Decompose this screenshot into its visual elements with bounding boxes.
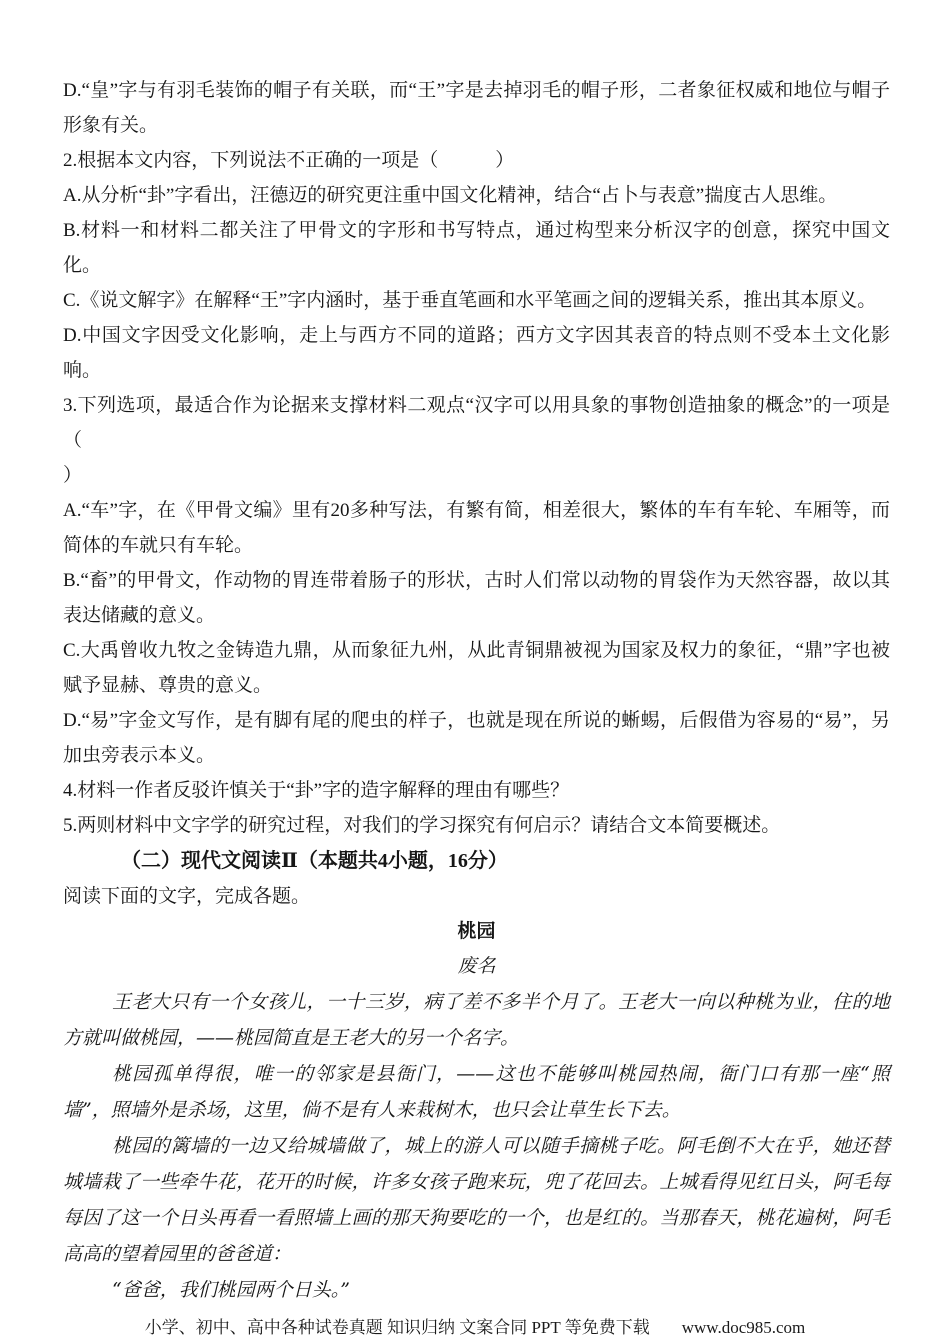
q2-option-c: C.《说文解字》在解释“王”字内涵时，基于垂直笔画和水平笔画之间的逻辑关系，推出… [63,283,890,318]
q2-option-d: D.中国文字因受文化影响，走上与西方不同的道路；西方文字因其表音的特点则不受本土… [63,318,890,388]
reading-instruction: 阅读下面的文字，完成各题。 [63,879,890,914]
footer-url: www.doc985.com [682,1318,806,1337]
story-author: 废名 [63,949,890,984]
q3-option-c: C.大禹曾收九牧之金铸造九鼎，从而象征九州，从此青铜鼎被视为国家及权力的象征，“… [63,633,890,703]
exam-page: D.“皇”字与有羽毛装饰的帽子有关联，而“王”字是去掉羽毛的帽子形，二者象征权威… [63,73,890,1308]
q3-option-a: A.“车”字，在《甲骨文编》里有20多种写法，有繁有简，相差很大，繁体的车有车轮… [63,493,890,563]
story-paragraph-1: 王老大只有一个女孩儿，一十三岁，病了差不多半个月了。王老大一向以种桃为业，住的地… [63,984,890,1056]
footer-promo-text: 小学、初中、高中各种试卷真题 知识归纳 文案合同 PPT 等免费下载 [145,1318,650,1337]
story-paragraph-3: 桃园的篱墙的一边又给城墙做了，城上的游人可以随手摘桃子吃。阿毛倒不大在乎，她还替… [63,1128,890,1272]
story-title: 桃园 [63,914,890,949]
question-2: 2.根据本文内容，下列说法不正确的一项是（ ） [63,143,890,178]
section-heading: （二）现代文阅读Ⅱ（本题共4小题，16分） [63,843,890,879]
q3-option-b: B.“畜”的甲骨文，作动物的胃连带着肠子的形状，古时人们常以动物的胃袋作为天然容… [63,563,890,633]
question-4: 4.材料一作者反驳许慎关于“卦”字的造字解释的理由有哪些？ [63,773,890,808]
site-footer: 小学、初中、高中各种试卷真题 知识归纳 文案合同 PPT 等免费下载www.do… [0,1317,950,1339]
story-paragraph-2: 桃园孤单得很，唯一的邻家是县衙门，——这也不能够叫桃园热闹，衙门口有那一座“照墙… [63,1056,890,1128]
q2-option-a: A.从分析“卦”字看出，汪德迈的研究更注重中国文化精神，结合“占卜与表意”揣度古… [63,178,890,213]
question-3: 3.下列选项，最适合作为论据来支撑材料二观点“汉字可以用具象的事物创造抽象的概念… [63,388,890,458]
option-d-q1: D.“皇”字与有羽毛装饰的帽子有关联，而“王”字是去掉羽毛的帽子形，二者象征权威… [63,73,890,143]
q2-option-b: B.材料一和材料二都关注了甲骨文的字形和书写特点，通过构型来分析汉字的创意，探究… [63,213,890,283]
question-5: 5.两则材料中文字学的研究过程，对我们的学习探究有何启示？请结合文本简要概述。 [63,808,890,843]
q3-option-d: D.“易”字金文写作，是有脚有尾的爬虫的样子，也就是现在所说的蜥蜴，后假借为容易… [63,703,890,773]
story-quote: “爸爸，我们桃园两个日头。” [63,1272,890,1308]
question-3-close-paren: ） [63,458,890,493]
